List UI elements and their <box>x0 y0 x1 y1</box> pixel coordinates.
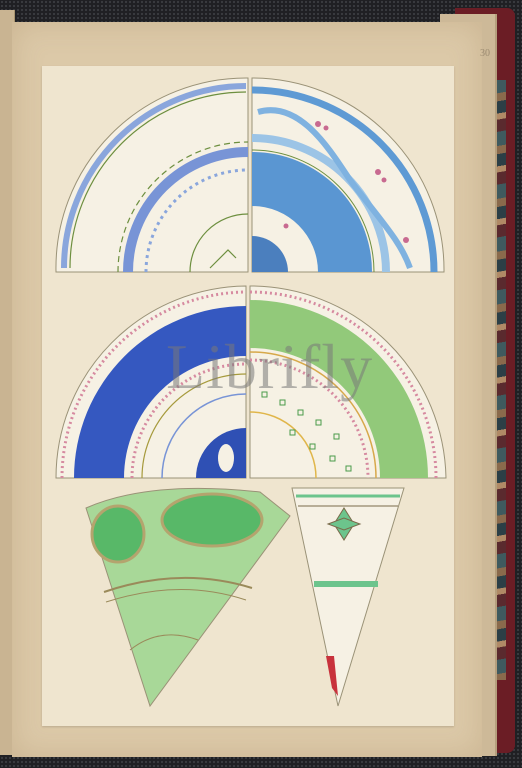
plate-fragment-blue-ribbon-rose <box>252 78 444 272</box>
plate-wedge-white-green-quatrefoil <box>292 488 404 706</box>
plate-wedge-green-gilt-cartouche <box>86 488 290 706</box>
plate-fragment-blue-scalloped-border <box>56 78 248 272</box>
watermark-text: Librifly <box>166 330 373 404</box>
